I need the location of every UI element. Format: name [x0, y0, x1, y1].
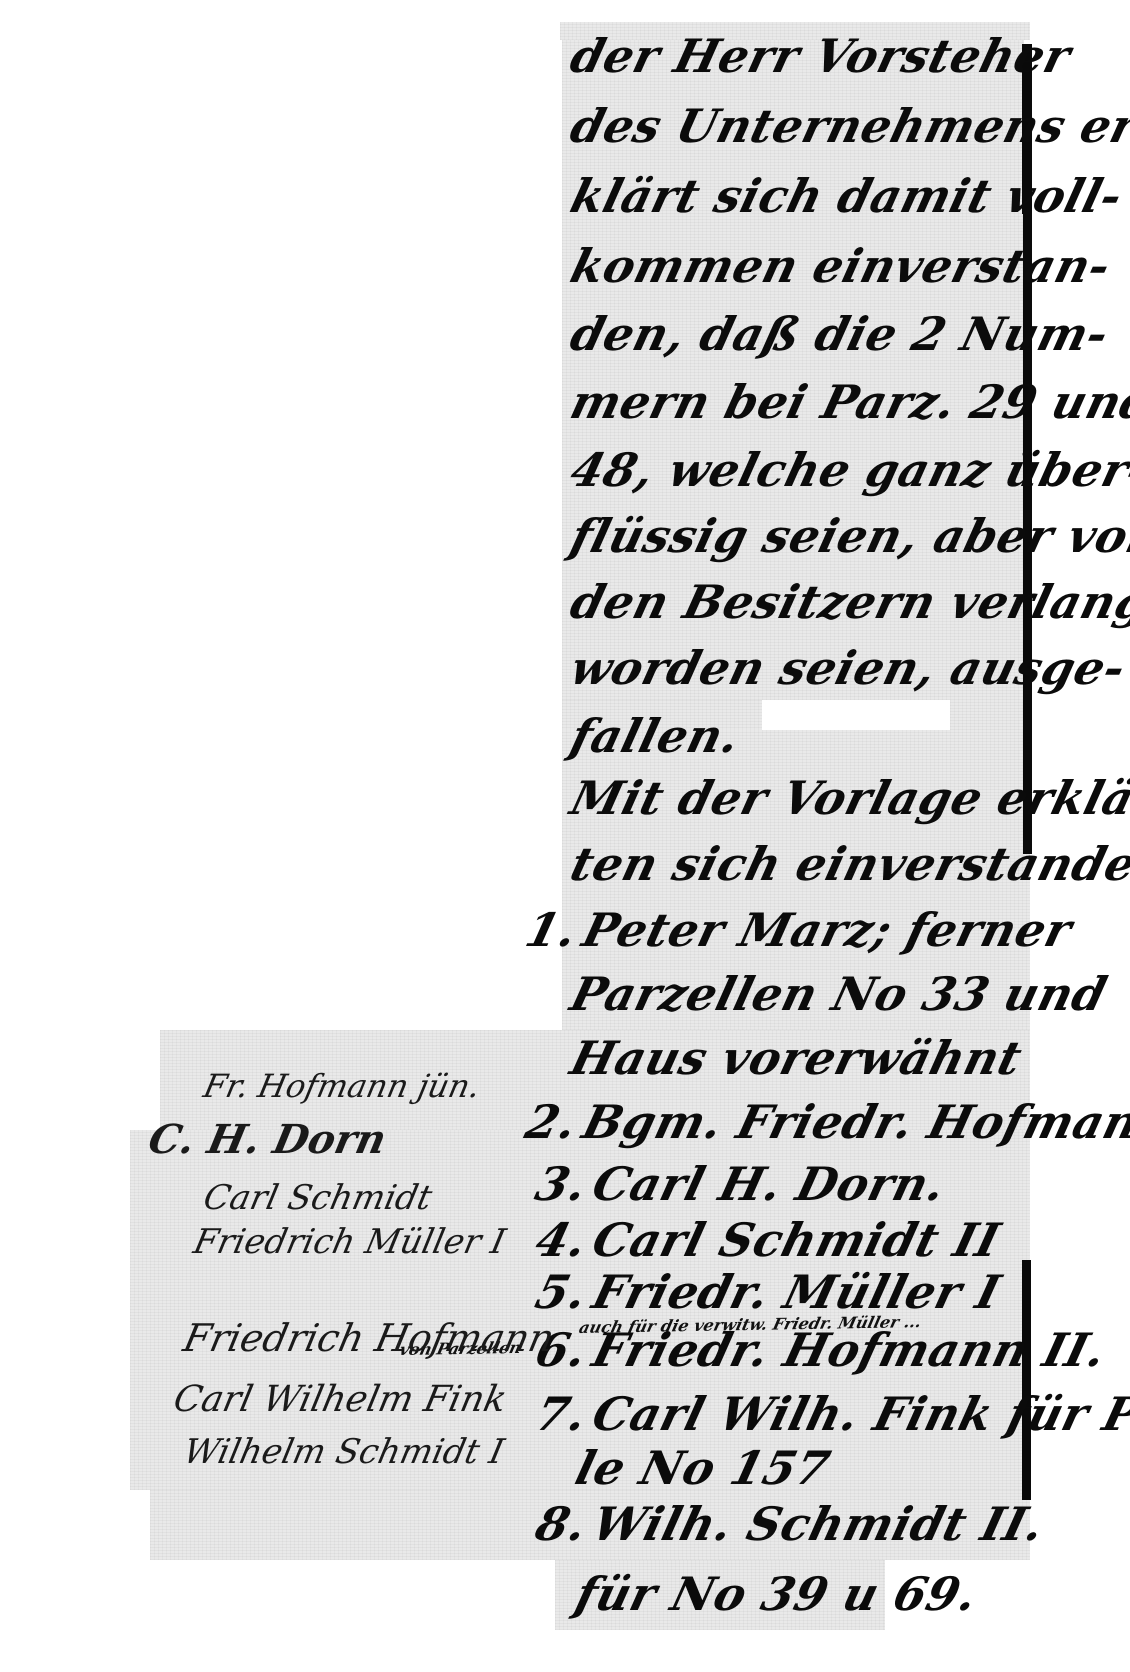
entry-number: 1. — [520, 903, 582, 957]
signatory-entry-6: 6.Friedr. Hofmann II. — [530, 1322, 1112, 1378]
signatory-entry-2: 2.Bgm. Friedr. Hofmann — [520, 1094, 1130, 1150]
signature-dorn: C. H. Dorn — [145, 1120, 390, 1160]
entry-text: für No 39 u 69. — [570, 1567, 983, 1621]
body-line: ten sich einverstanden — [565, 836, 1130, 892]
body-line: flüssig seien, aber von — [565, 508, 1130, 564]
signature-carl-wilhelm-fink: Carl Wilhelm Fink — [170, 1380, 510, 1420]
signatory-entry-3: 3.Carl H. Dorn. — [530, 1156, 951, 1212]
body-line: den, daß die 2 Num- — [565, 306, 1115, 362]
signature-friedrich-hofmann: Friedrich Hofmann — [180, 1318, 558, 1358]
entry-text: Bgm. Friedr. Hofmann — [577, 1095, 1130, 1149]
binding-edge — [1022, 1260, 1031, 1500]
body-line: des Unternehmens er- — [565, 98, 1130, 154]
signature-friedrich-mueller: Friedrich Müller I — [190, 1222, 509, 1262]
signature-carl-schmidt: Carl Schmidt — [200, 1178, 436, 1218]
body-line: den Besitzern verlangt — [565, 574, 1130, 630]
signatory-entry-continuation: le No 157 — [570, 1440, 836, 1496]
entry-text: Carl Schmidt II — [587, 1213, 1005, 1267]
signatory-entry-continuation: Parzellen No 33 und — [565, 966, 1113, 1022]
body-line: kommen einverstan- — [565, 238, 1116, 294]
signature-hofmann-jun: Fr. Hofmann jün. — [200, 1066, 484, 1106]
entry-text: Friedr. Müller I — [587, 1265, 1006, 1319]
signatory-entry-5: 5.Friedr. Müller I — [530, 1264, 1006, 1320]
body-line: klärt sich damit voll- — [565, 168, 1128, 224]
signatory-entry-8: 8.Wilh. Schmidt II. — [530, 1496, 1050, 1552]
entry-text: Carl H. Dorn. — [587, 1157, 951, 1211]
body-line: Mit der Vorlage erklär- — [565, 770, 1130, 826]
entry-text: Parzellen No 33 und — [565, 967, 1112, 1021]
signatory-entry-continuation: Haus vorerwähnt — [565, 1030, 1028, 1086]
body-line: worden seien, ausge- — [565, 640, 1130, 696]
page-strip-right-notch — [950, 700, 1030, 730]
signatory-entry-continuation: für No 39 u 69. — [570, 1566, 983, 1622]
signature-wilhelm-schmidt: Wilhelm Schmidt I — [180, 1432, 508, 1472]
signatory-entry-7: 7.Carl Wilh. Fink für Par- — [530, 1386, 1130, 1442]
body-line: 48, welche ganz über- — [565, 442, 1130, 498]
entry-text: Friedr. Hofmann II. — [587, 1323, 1111, 1377]
body-line: fallen. — [565, 708, 746, 764]
entry-text: Wilh. Schmidt II. — [587, 1497, 1050, 1551]
entry-text: Carl Wilh. Fink für Par- — [587, 1387, 1130, 1441]
entry-text: Peter Marz; ferner — [577, 903, 1077, 957]
entry-text: Haus vorerwähnt — [565, 1031, 1027, 1085]
body-line: mern bei Parz. 29 und — [565, 374, 1130, 430]
body-line: der Herr Vorsteher — [565, 28, 1077, 84]
signatory-entry-1: 1.Peter Marz; ferner — [520, 902, 1078, 958]
signatory-entry-4: 4.Carl Schmidt II — [530, 1212, 1006, 1268]
entry-text: le No 157 — [570, 1441, 835, 1495]
